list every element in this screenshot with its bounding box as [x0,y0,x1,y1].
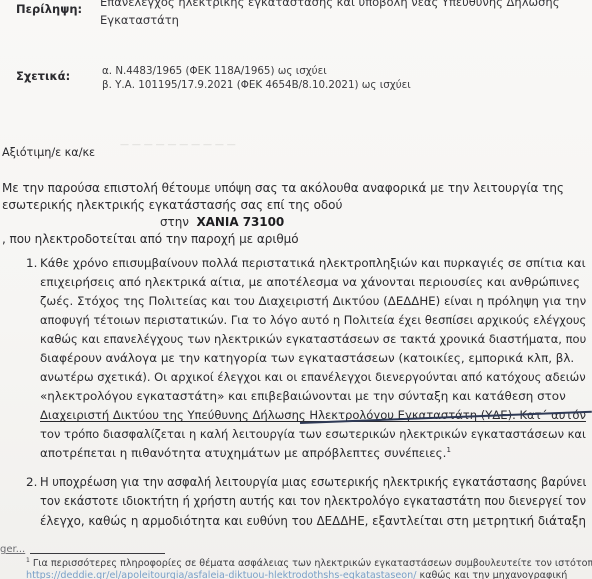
related-item-b: β. Υ.Α. 101195/17.9.2021 (ΦΕΚ 4654Β/8.10… [102,79,411,91]
related-item-a: α. Ν.4483/1965 (ΦΕΚ 118Α/1965) ως ισχύει [102,65,327,77]
item-1-line-3: ζωές. Στόχος της Πολιτείας και του Διαχε… [40,294,580,308]
footnote-separator [30,553,165,554]
footnote-reference: 1 [446,446,450,454]
intro-line1: Με την παρούσα επιστολή θέτουμε υπόψη σα… [2,181,564,195]
summary-text-line1: Επανέλεγχος ηλεκτρικής εγκατάστασης και … [100,0,559,9]
footnote-link[interactable]: https://deddie.gr/el/apoleitourgia/asfal… [26,570,416,579]
footnote-text-2: καθώς και την μηχανογραφική [416,570,567,579]
item-1-line-11-text: αποτρέπεται η πιθανότητα ατυχημάτων με α… [40,446,446,460]
item-1-line-8: «ηλεκτρολόγου εγκαταστάτη» και επιβεβαιώ… [40,389,586,403]
bleed-through-text: — — — — — — — — — — [120,140,236,150]
item-1-line-1: Κάθε χρόνο επισυμβαίνουν πολλά περιστατι… [40,256,583,270]
item-1-line-7: ανωτέρω σχετικά). Οι αρχικοί έλεγχοι και… [40,370,567,384]
location-value: ΧΑΝΙΑ 73100 [196,215,284,229]
item-1-line-10: τον τρόπο διασφαλίζεται η καλή λειτουργί… [40,427,568,441]
item-2-line-2: τον εκάστοτε ιδιοκτήτη ή χρήστη αυτής κα… [40,494,548,508]
item-1-line-11: αποτρέπεται η πιθανότητα ατυχημάτων με α… [40,446,586,460]
intro-line2: εσωτερικής ηλεκτρικής εγκατάστασής σας ε… [2,198,342,212]
item-1-line-4: αποφυγή τέτοιων περιστατικών. Για το λόγ… [40,313,567,327]
item-2-line-3: έλεγχο, καθώς η αρμοδιότητα και ευθύνη τ… [40,514,565,528]
item-2-number: 2. [26,475,37,489]
truncated-link[interactable]: ger... [0,544,25,555]
scanned-letter-page: Περίληψη: Επανέλεγχος ηλεκτρικής εγκατάσ… [0,0,592,579]
item-2-line-1: Η υποχρέωση για την ασφαλή λειτουργία μι… [40,475,550,489]
salutation: Αξιότιμη/ε κα/κε [2,146,95,159]
location-line: στην ΧΑΝΙΑ 73100 [160,215,284,229]
related-label: Σχετικά: [16,69,70,83]
item-1-line-6: διαφέρουν ανάλογα με την κατηγορία των ε… [40,351,586,365]
item-1-number: 1. [26,256,37,270]
footnote-text-1: Για περισσότερες πληροφορίες σε θέματα α… [33,558,592,569]
footnote-line1: 1 Για περισσότερες πληροφορίες σε θέματα… [26,557,592,569]
supply-line: , που ηλεκτροδοτείται από την παροχή με … [2,232,299,246]
footnote-marker: 1 [26,557,30,564]
summary-label: Περίληψη: [16,2,82,16]
location-prefix: στην [160,215,189,229]
summary-text-line2: Εγκαταστάτη [100,13,179,27]
item-1-line-5: καθώς και επανελέγχους των ηλεκτρικών εγ… [40,332,569,346]
footnote-line2: https://deddie.gr/el/apoleitourgia/asfal… [26,570,567,579]
item-1-line-2: επιχειρήσεις από ηλεκτρικά αίτια, με απο… [40,275,586,289]
